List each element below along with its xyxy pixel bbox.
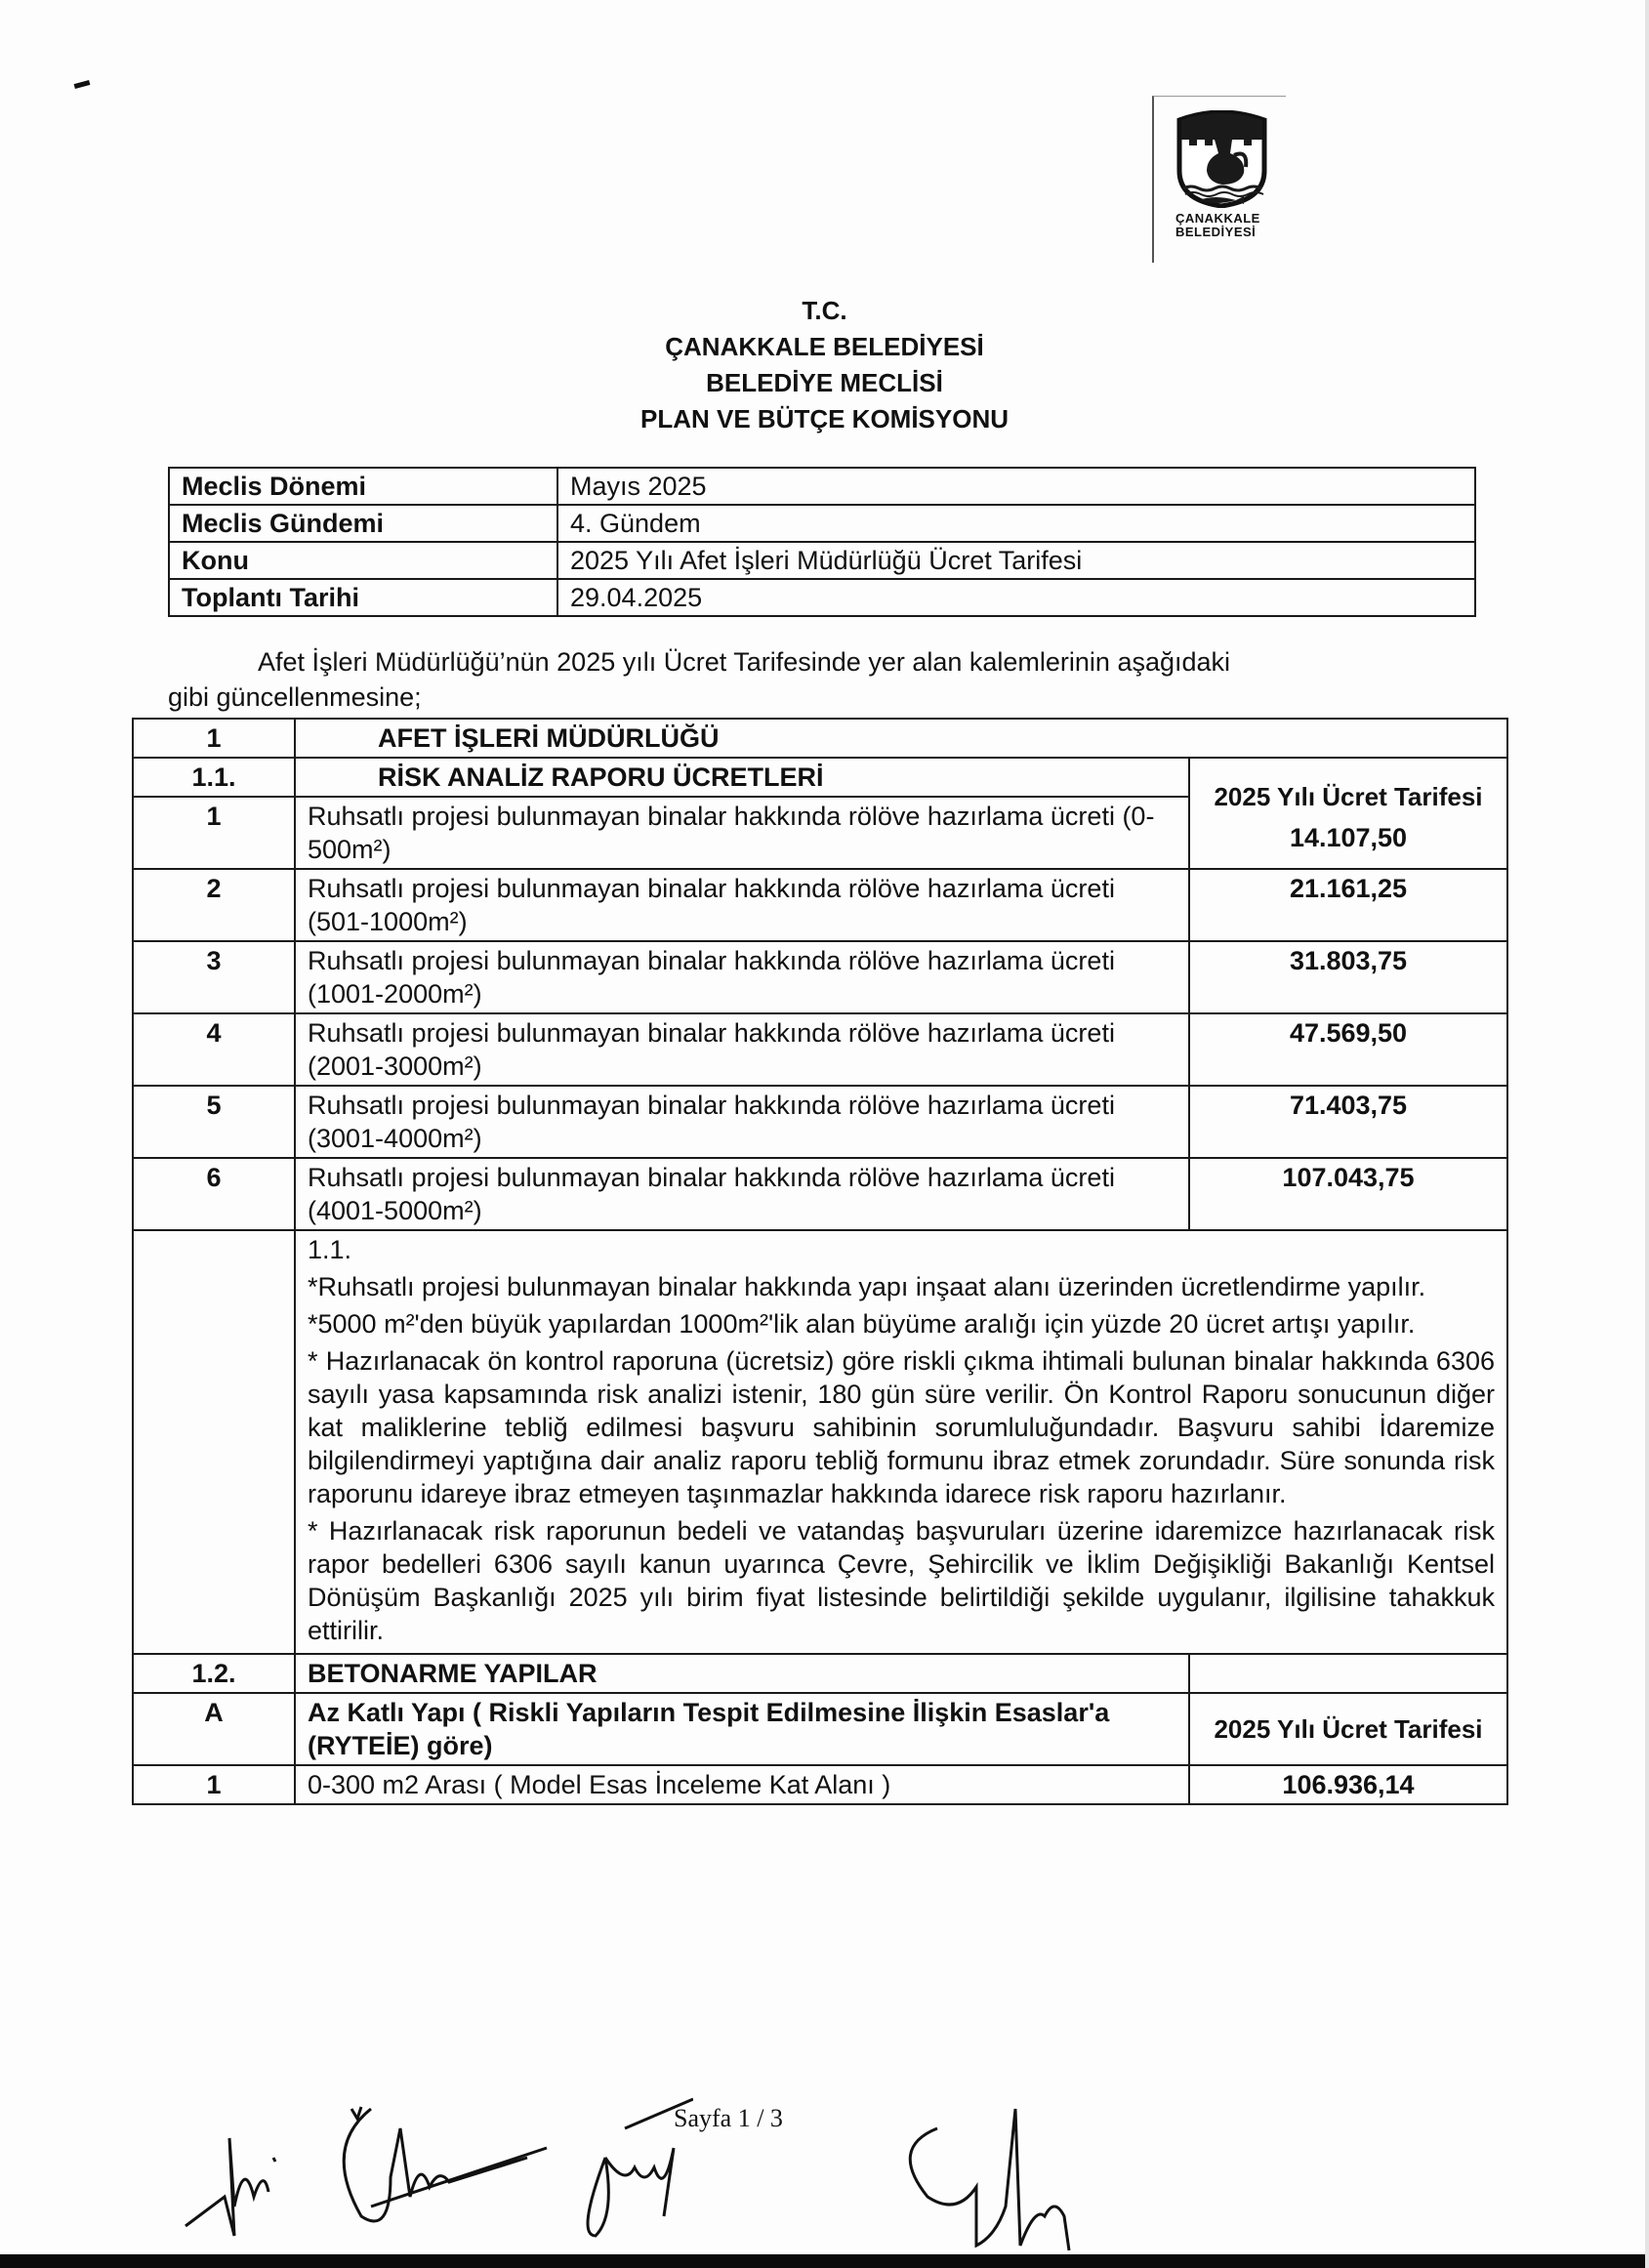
- group-row: A Az Katlı Yapı ( Riskli Yapıların Tespi…: [133, 1693, 1507, 1765]
- table-row: 6 Ruhsatlı projesi bulunmayan binalar ha…: [133, 1158, 1507, 1230]
- meta-value: Mayıs 2025: [557, 468, 1475, 505]
- subsection-title: RİSK ANALİZ RAPORU ÜCRETLERİ: [295, 758, 1189, 797]
- item-number: 4: [133, 1013, 295, 1086]
- header-line-1: T.C.: [0, 293, 1649, 329]
- item-number: 3: [133, 941, 295, 1013]
- item-number: 2: [133, 869, 295, 941]
- table-row: 3 Ruhsatlı projesi bulunmayan binalar ha…: [133, 941, 1507, 1013]
- item-price: 31.803,75: [1189, 941, 1507, 1013]
- scan-bottom-edge: [0, 2254, 1649, 2268]
- intro-line-1: Afet İşleri Müdürlüğü’nün 2025 yılı Ücre…: [168, 644, 1427, 680]
- note-paragraph: * Hazırlanacak risk raporunun bedeli ve …: [308, 1514, 1495, 1647]
- header-line-3: BELEDİYE MECLİSİ: [0, 365, 1649, 401]
- notes-heading: 1.1.: [308, 1233, 1495, 1266]
- intro-line-2: gibi güncellenmesine;: [168, 680, 1427, 715]
- signature-2: [332, 2089, 566, 2236]
- meta-value: 2025 Yılı Afet İşleri Müdürlüğü Ücret Ta…: [557, 542, 1475, 579]
- meta-label: Meclis Gündemi: [169, 505, 557, 542]
- price-column-header: 2025 Yılı Ücret Tarifesi 14.107,50: [1189, 758, 1507, 869]
- table-row: Meclis Gündemi 4. Gündem: [169, 505, 1475, 542]
- page-number: Sayfa 1 / 3: [674, 2104, 783, 2133]
- meeting-info-table: Meclis Dönemi Mayıs 2025 Meclis Gündemi …: [168, 467, 1476, 617]
- group-letter: A: [133, 1693, 295, 1765]
- notes-cell: 1.1. *Ruhsatlı projesi bulunmayan binala…: [295, 1230, 1507, 1654]
- item-price: 71.403,75: [1189, 1086, 1507, 1158]
- item-description: Ruhsatlı projesi bulunmayan binalar hakk…: [295, 941, 1189, 1013]
- logo-line-2: BELEDİYESİ: [1175, 226, 1260, 239]
- item-description: Ruhsatlı projesi bulunmayan binalar hakk…: [295, 1013, 1189, 1086]
- municipality-crest-icon: [1175, 110, 1268, 208]
- section-number: 1: [133, 719, 295, 758]
- notes-row: 1.1. *Ruhsatlı projesi bulunmayan binala…: [133, 1230, 1507, 1654]
- subsection-number: 1.2.: [133, 1654, 295, 1693]
- item-description: Ruhsatlı projesi bulunmayan binalar hakk…: [295, 1158, 1189, 1230]
- item-number: 1: [133, 1765, 295, 1804]
- table-row: 5 Ruhsatlı projesi bulunmayan binalar ha…: [133, 1086, 1507, 1158]
- item-number: 1: [133, 797, 295, 869]
- subsection-title: BETONARME YAPILAR: [295, 1654, 1189, 1693]
- header-line-4: PLAN VE BÜTÇE KOMİSYONU: [0, 401, 1649, 437]
- price-header-text: 2025 Yılı Ücret Tarifesi: [1202, 780, 1495, 813]
- subsection-row: 1.1. RİSK ANALİZ RAPORU ÜCRETLERİ 2025 Y…: [133, 758, 1507, 797]
- document-header: T.C. ÇANAKKALE BELEDİYESİ BELEDİYE MECLİ…: [0, 293, 1649, 437]
- meta-value: 4. Gündem: [557, 505, 1475, 542]
- header-line-2: ÇANAKKALE BELEDİYESİ: [0, 329, 1649, 365]
- group-title: Az Katlı Yapı ( Riskli Yapıların Tespit …: [295, 1693, 1189, 1765]
- meta-value: 29.04.2025: [557, 579, 1475, 616]
- item-description: Ruhsatlı projesi bulunmayan binalar hakk…: [295, 797, 1189, 869]
- note-paragraph: *5000 m²'den büyük yapılardan 1000m²'lik…: [308, 1307, 1495, 1340]
- section-row: 1 AFET İŞLERİ MÜDÜRLÜĞÜ: [133, 719, 1507, 758]
- intro-paragraph: Afet İşleri Müdürlüğü’nün 2025 yılı Ücre…: [168, 644, 1427, 715]
- meta-label: Meclis Dönemi: [169, 468, 557, 505]
- signature-1: [176, 2099, 322, 2246]
- logo-line-1: ÇANAKKALE: [1175, 212, 1260, 226]
- municipality-logo: ÇANAKKALE BELEDİYESİ: [1152, 96, 1286, 263]
- item-description: Ruhsatlı projesi bulunmayan binalar hakk…: [295, 869, 1189, 941]
- item-price: 47.569,50: [1189, 1013, 1507, 1086]
- table-row: 1 0-300 m2 Arası ( Model Esas İnceleme K…: [133, 1765, 1507, 1804]
- tariff-table: 1 AFET İŞLERİ MÜDÜRLÜĞÜ 1.1. RİSK ANALİZ…: [132, 718, 1508, 1805]
- table-row: 2 Ruhsatlı projesi bulunmayan binalar ha…: [133, 869, 1507, 941]
- table-row: Meclis Dönemi Mayıs 2025: [169, 468, 1475, 505]
- table-row: Konu 2025 Yılı Afet İşleri Müdürlüğü Ücr…: [169, 542, 1475, 579]
- item-price: 106.936,14: [1189, 1765, 1507, 1804]
- section-title: AFET İŞLERİ MÜDÜRLÜĞÜ: [295, 719, 1507, 758]
- meta-label: Konu: [169, 542, 557, 579]
- item-number: 6: [133, 1158, 295, 1230]
- item-price: 107.043,75: [1189, 1158, 1507, 1230]
- item-number: 5: [133, 1086, 295, 1158]
- note-paragraph: * Hazırlanacak ön kontrol raporuna (ücre…: [308, 1344, 1495, 1510]
- scan-mark: [74, 80, 91, 89]
- subsection-number: 1.1.: [133, 758, 295, 797]
- empty-price-cell: [1189, 1654, 1507, 1693]
- item-price: 14.107,50: [1202, 813, 1495, 868]
- table-row: 4 Ruhsatlı projesi bulunmayan binalar ha…: [133, 1013, 1507, 1086]
- price-column-header: 2025 Yılı Ücret Tarifesi: [1189, 1693, 1507, 1765]
- meta-label: Toplantı Tarihi: [169, 579, 557, 616]
- notes-number-cell: [133, 1230, 295, 1654]
- signature-4: [898, 2089, 1113, 2255]
- item-description: 0-300 m2 Arası ( Model Esas İnceleme Kat…: [295, 1765, 1189, 1804]
- table-row: Toplantı Tarihi 29.04.2025: [169, 579, 1475, 616]
- subsection-row: 1.2. BETONARME YAPILAR: [133, 1654, 1507, 1693]
- item-description: Ruhsatlı projesi bulunmayan binalar hakk…: [295, 1086, 1189, 1158]
- item-price: 21.161,25: [1189, 869, 1507, 941]
- note-paragraph: *Ruhsatlı projesi bulunmayan binalar hak…: [308, 1270, 1495, 1303]
